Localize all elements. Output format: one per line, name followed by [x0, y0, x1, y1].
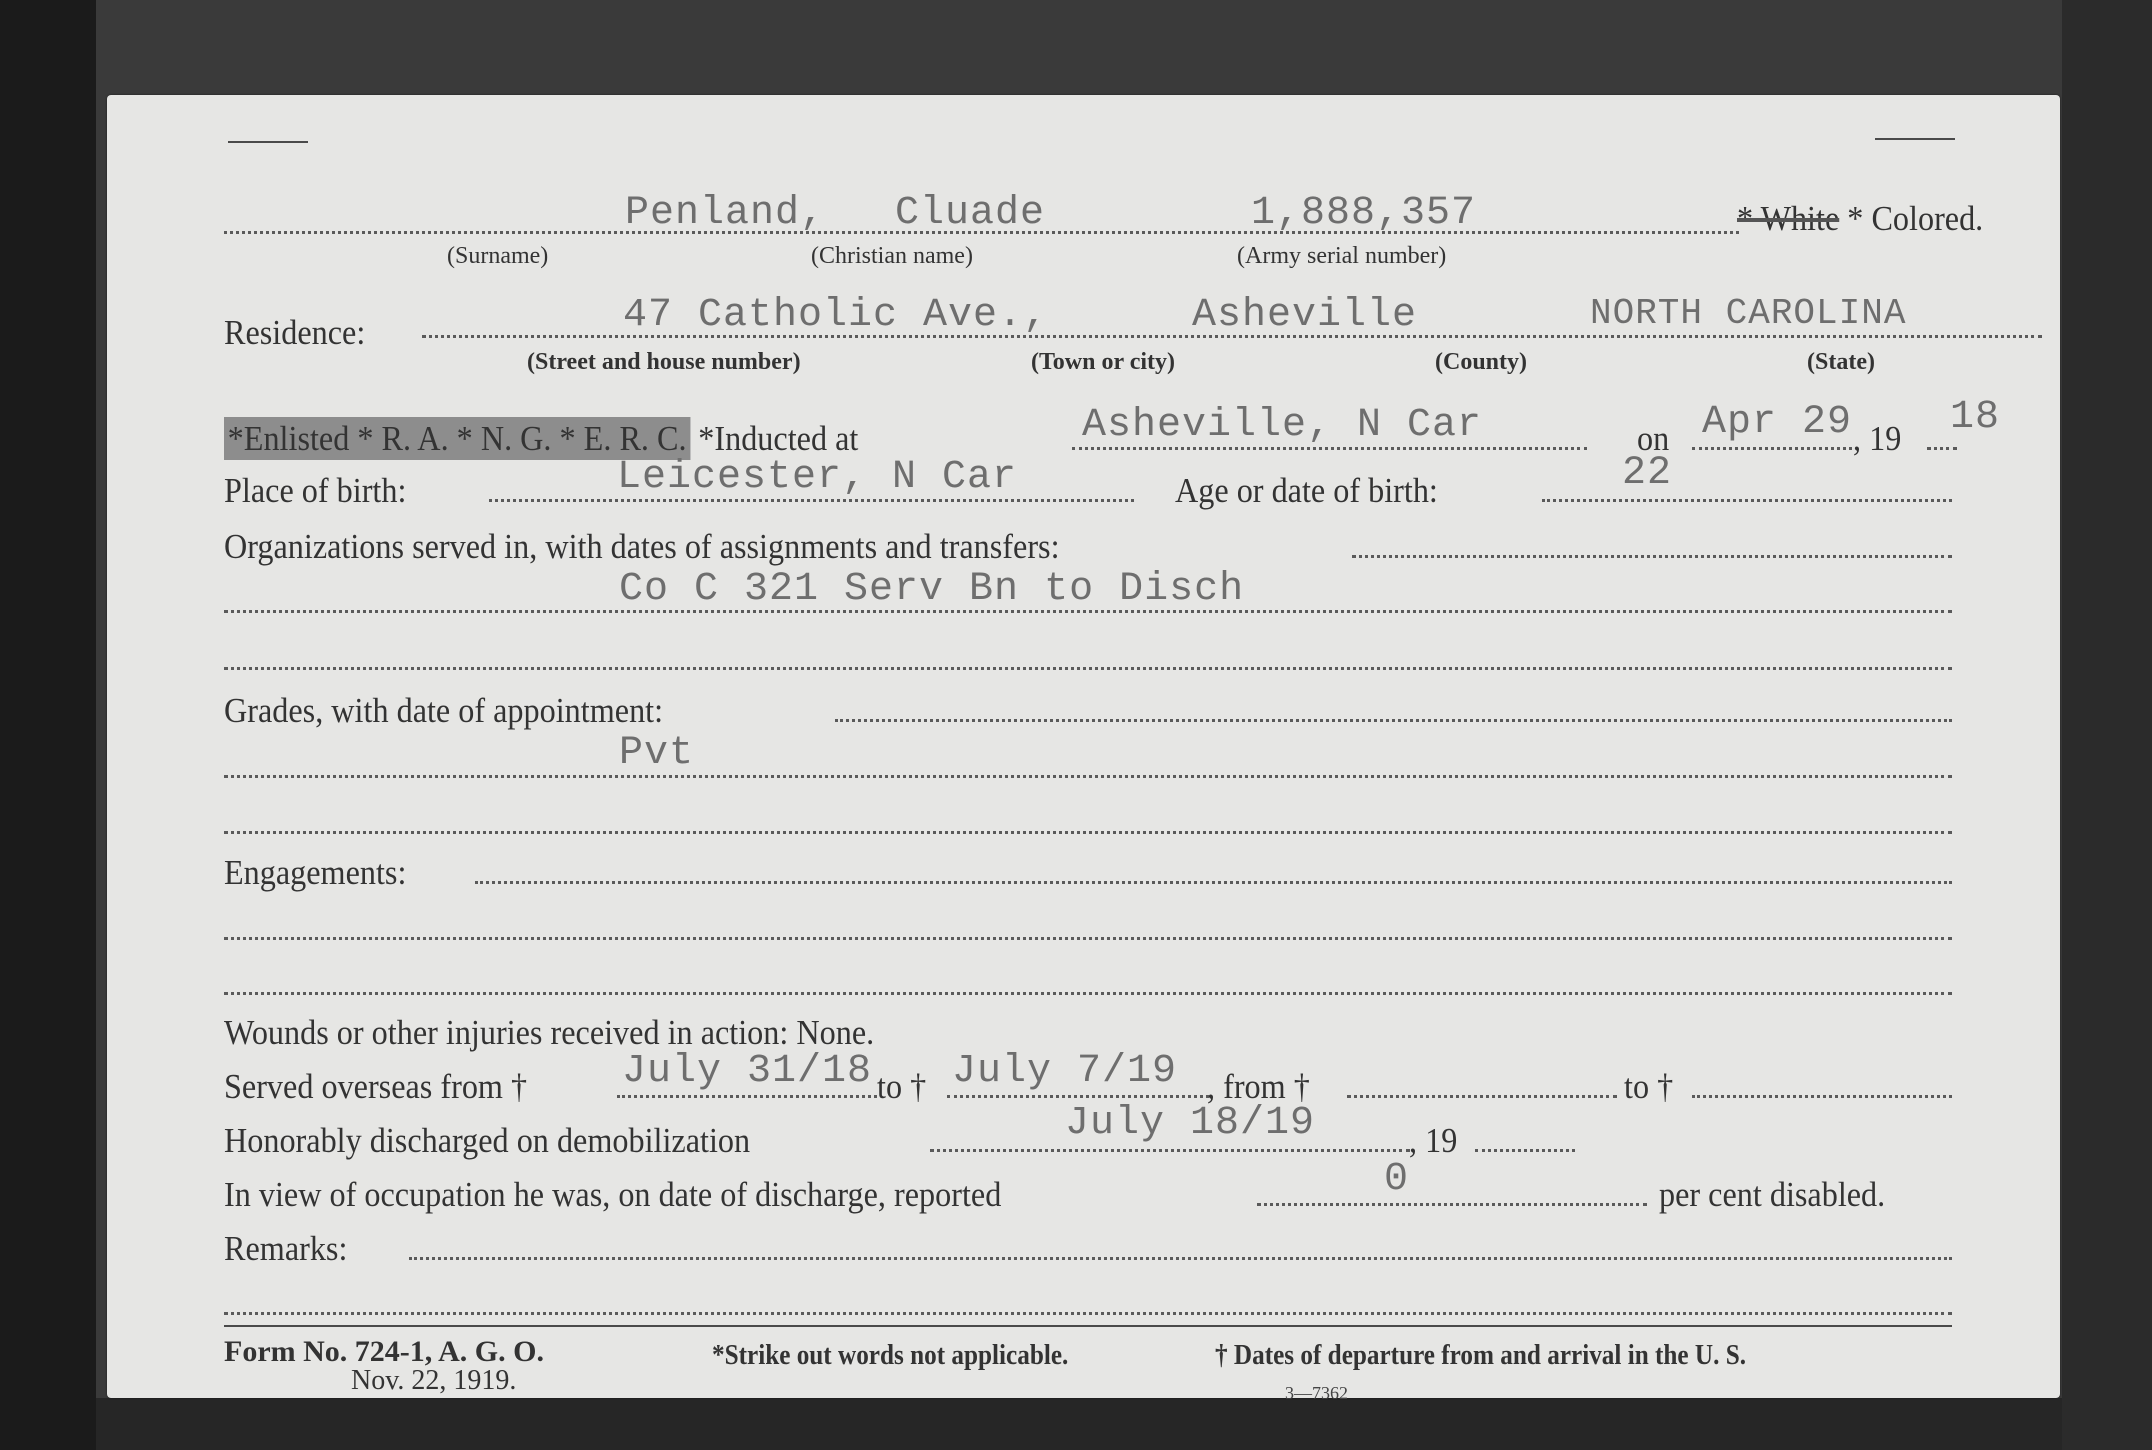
- induction-date-value: Apr 29: [1702, 400, 1852, 445]
- discharge-date-value: July 18/19: [1065, 1101, 1315, 1146]
- overseas-from2-line: [1347, 1095, 1617, 1098]
- serial-number-caption: (Army serial number): [1237, 243, 1446, 270]
- discharge-label: Honorably discharged on demobilization: [224, 1121, 750, 1161]
- organizations-line-0: [1352, 555, 1952, 558]
- discharge-year-line: [1475, 1149, 1575, 1152]
- scanner-margin-right: [2062, 0, 2152, 1450]
- age-value: 22: [1622, 451, 1672, 496]
- disability-label: In view of occupation he was, on date of…: [224, 1175, 1001, 1215]
- disability-percent-value: 0: [1384, 1157, 1409, 1202]
- remarks-line-0: [409, 1257, 1952, 1260]
- race-options: * White * Colored.: [1737, 199, 1983, 239]
- engagements-line-2: [224, 992, 1952, 995]
- organizations-label: Organizations served in, with dates of a…: [224, 527, 1060, 567]
- christian-name-caption: (Christian name): [811, 243, 973, 270]
- engagements-line-1: [224, 937, 1952, 940]
- grade-entry: Pvt: [619, 731, 694, 776]
- county-caption: (County): [1435, 349, 1527, 376]
- surname-value: Penland,: [625, 191, 825, 236]
- serial-number-value: 1,888,357: [1251, 191, 1476, 236]
- organization-entry: Co C 321 Serv Bn to Disch: [619, 567, 1244, 612]
- disability-line: [1257, 1203, 1647, 1206]
- discharge-year-label: , 19: [1409, 1121, 1457, 1161]
- dates-note: † Dates of departure from and arrival in…: [1215, 1340, 1746, 1372]
- enlistment-row: *Enlisted * R. A. * N. G. * E. R. C. *In…: [224, 419, 858, 459]
- state-caption: (State): [1807, 349, 1875, 376]
- race-colored: * Colored.: [1847, 199, 1983, 238]
- scanner-margin-left: [0, 0, 96, 1450]
- print-code: 3—7362: [1285, 1383, 1348, 1404]
- wounds-text: Wounds or other injuries received in act…: [224, 1013, 874, 1053]
- grades-line-1: [224, 775, 1952, 778]
- overseas-to-line: [947, 1095, 1209, 1098]
- top-left-rule: [228, 141, 308, 143]
- grades-line-2: [224, 831, 1952, 834]
- induction-year-value: 18: [1950, 395, 2000, 440]
- engagements-label: Engagements:: [224, 853, 406, 893]
- residence-state-value: NORTH CAROLINA: [1590, 293, 1906, 334]
- top-right-rule: [1875, 138, 1955, 140]
- overseas-to-value: July 7/19: [952, 1049, 1177, 1094]
- inducted-label: *Inducted at: [698, 419, 858, 458]
- form-number: Form No. 724-1, A. G. O.: [224, 1335, 544, 1369]
- residence-street-value: 47 Catholic Ave.,: [623, 293, 1048, 338]
- town-caption: (Town or city): [1031, 349, 1175, 376]
- disability-suffix: per cent disabled.: [1659, 1175, 1885, 1215]
- overseas-to2-label: to †: [1624, 1067, 1673, 1107]
- service-record-card: 1 Penland, Cluade 1,888,357 * White * Co…: [107, 95, 2060, 1398]
- overseas-from-line: [617, 1095, 877, 1098]
- street-caption: (Street and house number): [527, 349, 801, 376]
- remarks-label: Remarks:: [224, 1229, 347, 1269]
- overseas-from-value: July 31/18: [622, 1049, 872, 1094]
- overseas-to-label: to †: [877, 1067, 926, 1107]
- residence-town-value: Asheville: [1192, 293, 1417, 338]
- surname-caption: (Surname): [447, 243, 548, 270]
- scanner-margin-bottom: [96, 1398, 2062, 1450]
- remarks-line-1: [224, 1312, 1952, 1315]
- overseas-to2-line: [1692, 1095, 1952, 1098]
- strike-note: *Strike out words not applicable.: [712, 1340, 1068, 1372]
- place-of-birth-value: Leicester, N Car: [617, 455, 1017, 500]
- discharge-line: [930, 1149, 1410, 1152]
- christian-name-value: Cluade: [895, 191, 1045, 236]
- age-label: Age or date of birth:: [1175, 471, 1438, 511]
- overseas-label: Served overseas from †: [224, 1067, 527, 1107]
- enlisted-options-struck: *Enlisted * R. A. * N. G. * E. R. C.: [224, 417, 690, 460]
- footer-rule: [224, 1325, 1952, 1327]
- inducted-place-value: Asheville, N Car: [1082, 403, 1482, 448]
- organizations-line-2: [224, 667, 1952, 670]
- form-date: Nov. 22, 1919.: [351, 1365, 516, 1397]
- grades-label: Grades, with date of appointment:: [224, 691, 663, 731]
- race-white-struck: * White: [1737, 199, 1839, 238]
- place-of-birth-label: Place of birth:: [224, 471, 406, 511]
- engagements-line-0: [475, 881, 1952, 884]
- induction-year-line: [1927, 447, 1957, 450]
- age-line: [1542, 499, 1952, 502]
- induction-date-line: [1692, 447, 1852, 450]
- year-prefix: , 19: [1853, 419, 1901, 459]
- residence-label: Residence:: [224, 313, 365, 353]
- grades-line-0: [835, 719, 1952, 722]
